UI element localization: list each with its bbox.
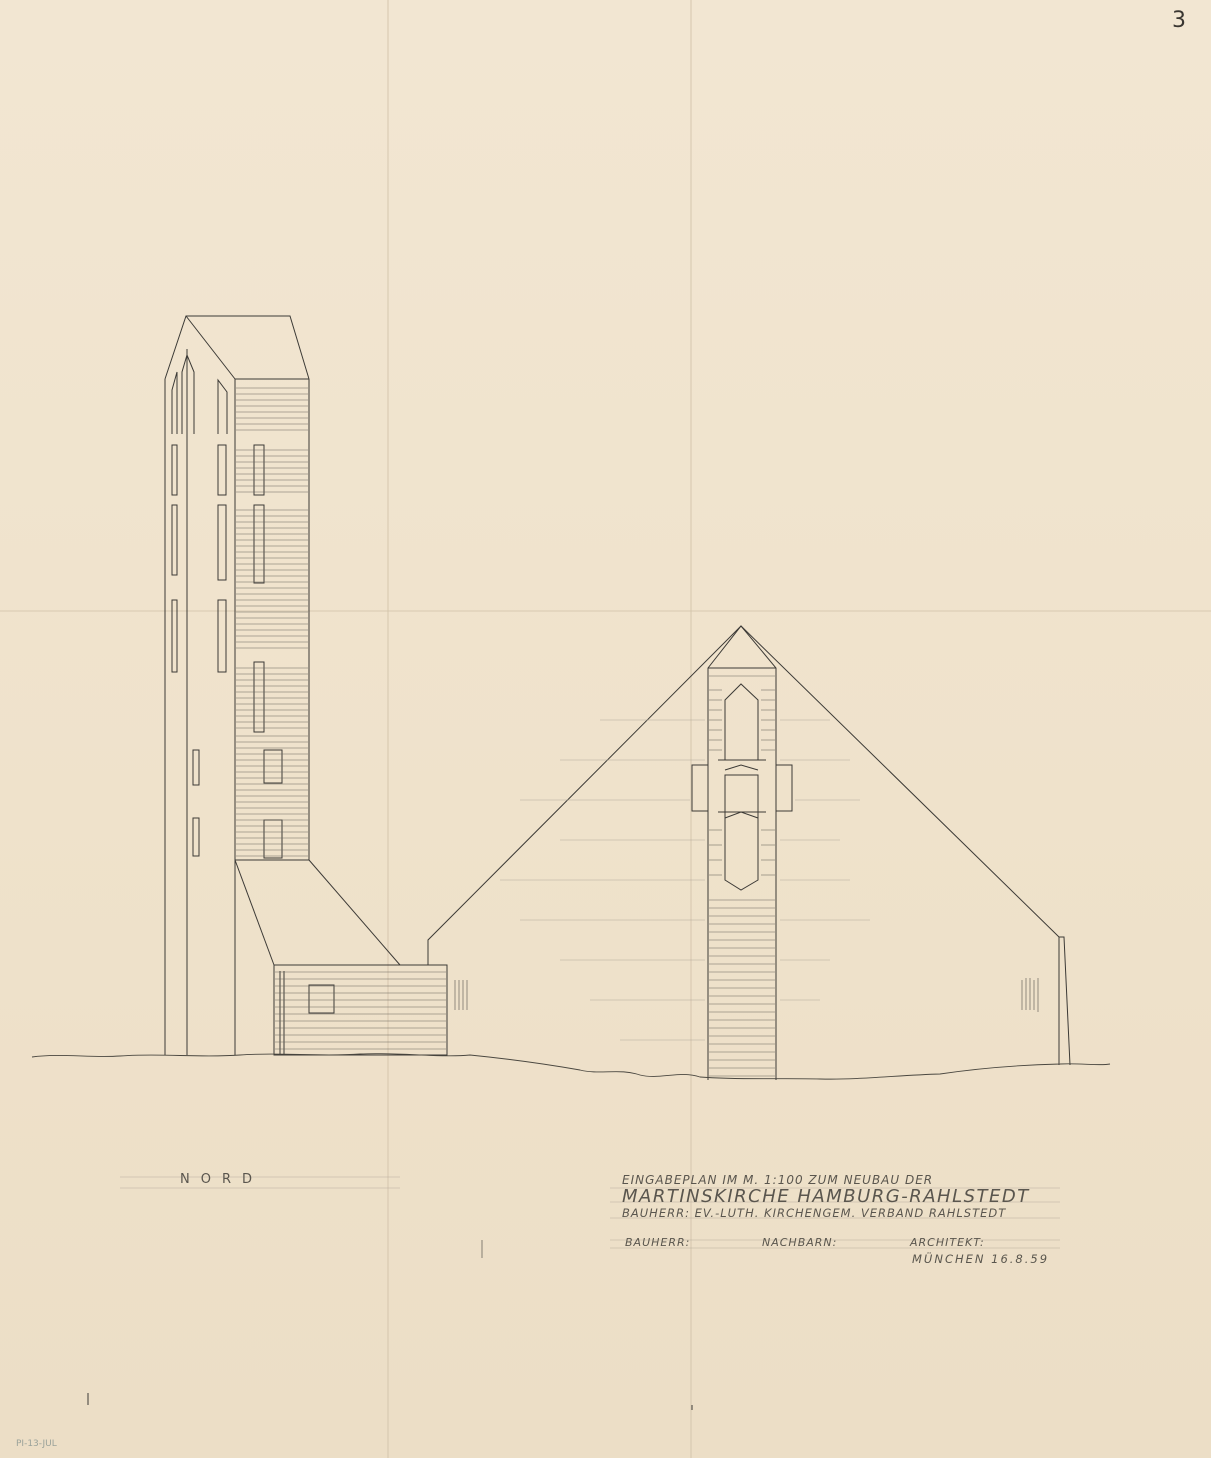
railing — [455, 978, 1038, 1012]
gable-shading — [500, 720, 870, 1040]
connecting-wing — [235, 860, 447, 1055]
pier-brick-hatching — [709, 676, 775, 1076]
view-label: NORD — [180, 1172, 263, 1187]
ground-line — [32, 1054, 1110, 1080]
signature-field-bauherr: BAUHERR: — [625, 1236, 690, 1249]
signature-field-architekt: ARCHITEKT: — [910, 1236, 985, 1249]
archive-stamp: PI-13-JUL — [16, 1439, 57, 1449]
page-number: 3 — [1172, 8, 1186, 33]
wing-brick-hatching — [275, 972, 446, 1049]
signature-field-nachbarn: NACHBARN: — [762, 1236, 837, 1249]
tower-brick-hatching — [236, 388, 308, 856]
place-date: MÜNCHEN 16.8.59 — [912, 1252, 1049, 1266]
title-line-3: BAUHERR: EV.-LUTH. KIRCHENGEM. VERBAND R… — [622, 1206, 1006, 1220]
elevation-drawing — [0, 0, 1211, 1458]
title-line-1: EINGABEPLAN IM M. 1:100 ZUM NEUBAU DER — [622, 1173, 933, 1187]
title-line-2: MARTINSKIRCHE HAMBURG-RAHLSTEDT — [622, 1186, 1030, 1207]
drawing-sheet: 3 NORD EINGABEPLAN IM M. 1:100 ZUM NEUBA… — [0, 0, 1211, 1458]
bell-tower — [165, 316, 309, 1055]
